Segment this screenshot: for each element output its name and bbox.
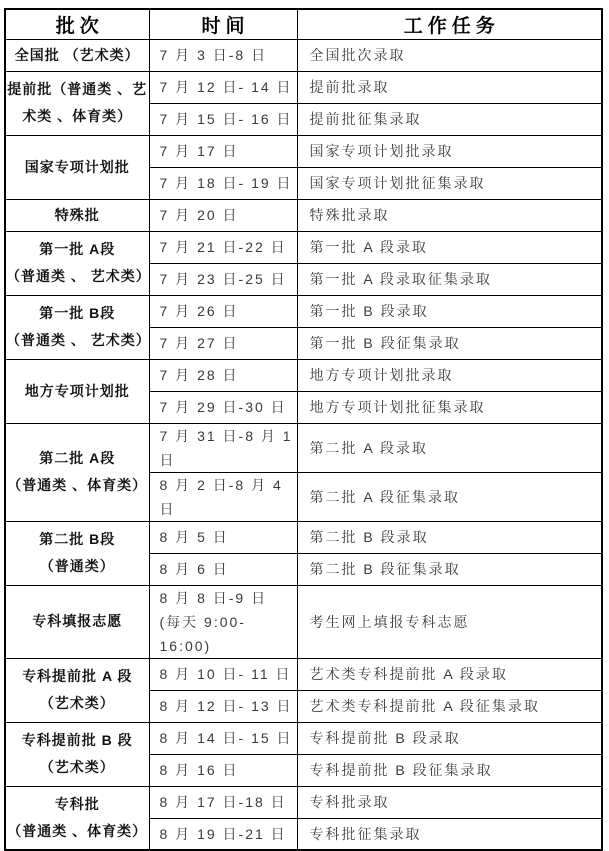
task-cell: 专科批征集录取 xyxy=(297,818,602,850)
time-cell: 8 月 19 日-21 日 xyxy=(149,818,297,850)
time-cell: 8 月 17 日-18 日 xyxy=(149,786,297,818)
time-cell: 7 月 18 日- 19 日 xyxy=(149,167,297,199)
time-cell: 8 月 5 日 xyxy=(149,521,297,553)
table-row: 第二批 A段 （普通类 、体育类） 7 月 31 日-8 月 1 日 第二批 A… xyxy=(5,423,602,472)
task-cell: 第一批 A 段录取征集录取 xyxy=(297,263,602,295)
batch-cell: 专科填报志愿 xyxy=(5,585,149,658)
time-cell: 7 月 29 日-30 日 xyxy=(149,391,297,423)
task-cell: 专科提前批 B 段录取 xyxy=(297,722,602,754)
table-row: 提前批（普通类 、艺 术类 、体育类） 7 月 12 日- 14 日 提前批录取 xyxy=(5,71,602,103)
table-row: 专科提前批 A 段 （艺术类） 8 月 10 日- 11 日 艺术类专科提前批 … xyxy=(5,658,602,690)
table-row: 第一批 A段 （普通类 、 艺术类） 7 月 21 日-22 日 第一批 A 段… xyxy=(5,231,602,263)
batch-cell: 特殊批 xyxy=(5,199,149,231)
task-cell: 第二批 A 段征集录取 xyxy=(297,472,602,521)
task-cell: 第二批 A 段录取 xyxy=(297,423,602,472)
table-row: 国家专项计划批 7 月 17 日 国家专项计划批录取 xyxy=(5,135,602,167)
time-cell: 7 月 17 日 xyxy=(149,135,297,167)
time-cell: 7 月 28 日 xyxy=(149,359,297,391)
batch-cell: 提前批（普通类 、艺 术类 、体育类） xyxy=(5,71,149,135)
time-cell: 7 月 15 日- 16 日 xyxy=(149,103,297,135)
time-cell: 8 月 16 日 xyxy=(149,754,297,786)
column-header-batch: 批次 xyxy=(5,9,149,39)
time-cell: 7 月 27 日 xyxy=(149,327,297,359)
batch-cell: 第二批 A段 （普通类 、体育类） xyxy=(5,423,149,521)
time-cell: 8 月 14 日- 15 日 xyxy=(149,722,297,754)
task-cell: 国家专项计划批录取 xyxy=(297,135,602,167)
batch-cell: 国家专项计划批 xyxy=(5,135,149,199)
table-row: 特殊批 7 月 20 日 特殊批录取 xyxy=(5,199,602,231)
batch-cell: 专科提前批 A 段 （艺术类） xyxy=(5,658,149,722)
task-cell: 艺术类专科提前批 A 段征集录取 xyxy=(297,690,602,722)
table-row: 第二批 B段 （普通类） 8 月 5 日 第二批 B 段录取 xyxy=(5,521,602,553)
task-cell: 专科批录取 xyxy=(297,786,602,818)
time-cell: 7 月 20 日 xyxy=(149,199,297,231)
table-row: 第一批 B段 （普通类 、 艺术类） 7 月 26 日 第一批 B 段录取 xyxy=(5,295,602,327)
batch-cell: 第一批 B段 （普通类 、 艺术类） xyxy=(5,295,149,359)
column-header-task: 工作任务 xyxy=(297,9,602,39)
task-cell: 特殊批录取 xyxy=(297,199,602,231)
batch-cell: 专科批 （普通类 、体育类） xyxy=(5,786,149,850)
table-row: 专科填报志愿 8 月 8 日-9 日 (每天 9:00- 16:00) 考生网上… xyxy=(5,585,602,658)
task-cell: 提前批征集录取 xyxy=(297,103,602,135)
time-cell: 8 月 10 日- 11 日 xyxy=(149,658,297,690)
time-cell: 7 月 26 日 xyxy=(149,295,297,327)
task-cell: 国家专项计划批征集录取 xyxy=(297,167,602,199)
batch-cell: 全国批 （艺术类） xyxy=(5,39,149,71)
batch-cell: 第一批 A段 （普通类 、 艺术类） xyxy=(5,231,149,295)
task-cell: 第一批 B 段征集录取 xyxy=(297,327,602,359)
batch-cell: 专科提前批 B 段 （艺术类） xyxy=(5,722,149,786)
task-cell: 考生网上填报专科志愿 xyxy=(297,585,602,658)
task-cell: 全国批次录取 xyxy=(297,39,602,71)
table-row: 全国批 （艺术类） 7 月 3 日-8 日 全国批次录取 xyxy=(5,39,602,71)
task-cell: 提前批录取 xyxy=(297,71,602,103)
task-cell: 第二批 B 段征集录取 xyxy=(297,553,602,585)
task-cell: 第一批 B 段录取 xyxy=(297,295,602,327)
task-cell: 第一批 A 段录取 xyxy=(297,231,602,263)
time-cell: 7 月 31 日-8 月 1 日 xyxy=(149,423,297,472)
task-cell: 地方专项计划批征集录取 xyxy=(297,391,602,423)
task-cell: 第二批 B 段录取 xyxy=(297,521,602,553)
task-cell: 专科提前批 B 段征集录取 xyxy=(297,754,602,786)
table-row: 地方专项计划批 7 月 28 日 地方专项计划批录取 xyxy=(5,359,602,391)
task-cell: 地方专项计划批录取 xyxy=(297,359,602,391)
time-cell: 7 月 23 日-25 日 xyxy=(149,263,297,295)
time-cell: 8 月 2 日-8 月 4 日 xyxy=(149,472,297,521)
time-cell: 7 月 3 日-8 日 xyxy=(149,39,297,71)
time-cell: 8 月 8 日-9 日 (每天 9:00- 16:00) xyxy=(149,585,297,658)
header-row: 批次 时间 工作任务 xyxy=(5,9,602,39)
time-cell: 7 月 12 日- 14 日 xyxy=(149,71,297,103)
time-cell: 7 月 21 日-22 日 xyxy=(149,231,297,263)
batch-cell: 地方专项计划批 xyxy=(5,359,149,423)
time-cell: 8 月 6 日 xyxy=(149,553,297,585)
column-header-time: 时间 xyxy=(149,9,297,39)
task-cell: 艺术类专科提前批 A 段录取 xyxy=(297,658,602,690)
time-cell: 8 月 12 日- 13 日 xyxy=(149,690,297,722)
batch-cell: 第二批 B段 （普通类） xyxy=(5,521,149,585)
admission-schedule-table: 批次 时间 工作任务 全国批 （艺术类） 7 月 3 日-8 日 全国批次录取 … xyxy=(4,8,603,851)
table-row: 专科提前批 B 段 （艺术类） 8 月 14 日- 15 日 专科提前批 B 段… xyxy=(5,722,602,754)
table-row: 专科批 （普通类 、体育类） 8 月 17 日-18 日 专科批录取 xyxy=(5,786,602,818)
